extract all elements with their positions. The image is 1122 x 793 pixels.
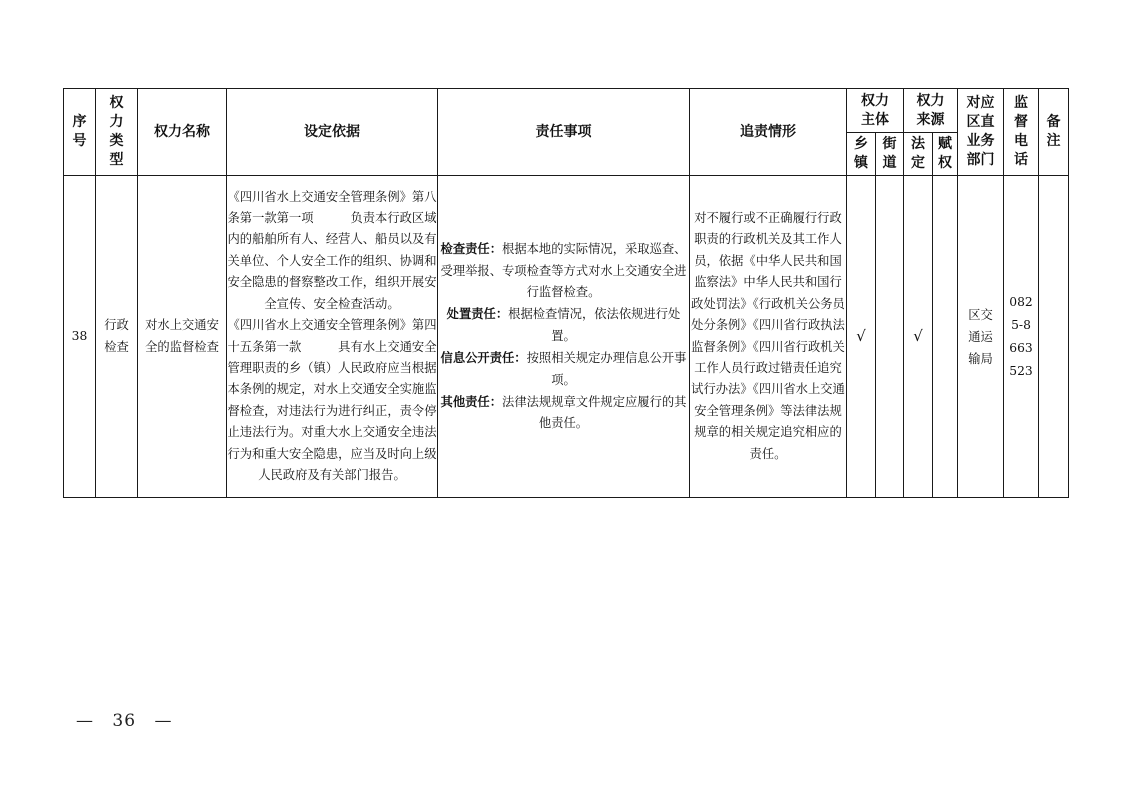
cell-duty-items: 检查责任：根据本地的实际情况，采取巡查、受理举报、专项检查等方式对水上交通安全进…	[438, 176, 690, 498]
cell-district-department: 区交 通运 输局	[958, 176, 1004, 498]
duty-item: 处置责任：根据检查情况，依法依规进行处置。	[438, 303, 689, 347]
cell-supervision-phone: 082 5-8 663 523	[1004, 176, 1039, 498]
header-sub-street: 街 道	[876, 133, 904, 176]
duty-item: 信息公开责任：按照相关规定办理信息公开事项。	[438, 347, 689, 391]
duty-label: 处置责任：	[447, 306, 509, 321]
duty-item: 其他责任：法律法规规章文件规定应履行的其他责任。	[438, 391, 689, 435]
header-serial: 序 号	[64, 89, 96, 176]
duty-label: 检查责任：	[441, 241, 503, 256]
table-row: 38 行政 检查 对水上交通安 全的监督检查 《四川省水上交通安全管理条例》第八…	[64, 176, 1069, 498]
duty-label: 其他责任：	[441, 394, 503, 409]
cell-street-check	[876, 176, 904, 498]
duty-text: 法律法规规章文件规定应履行的其他责任。	[502, 395, 686, 430]
header-sub-township: 乡 镇	[847, 133, 876, 176]
header-legal-basis: 设定依据	[227, 89, 438, 176]
page-number: — 36 —	[76, 711, 172, 731]
cell-township-check: √	[847, 176, 876, 498]
header-district-department: 对应 区直 业务 部门	[958, 89, 1004, 176]
legal-basis-paragraph: 《四川省水上交通安全管理条例》第八条第一款第一项 负责本行政区域内的船舶所有人、…	[227, 187, 437, 315]
cell-liability: 对不履行或不正确履行行政职责的行政机关及其工作人员，依据《中华人民共和国监察法》…	[690, 176, 847, 498]
cell-remarks	[1039, 176, 1069, 498]
header-sub-delegated: 赋 权	[933, 133, 958, 176]
cell-statutory-check: √	[904, 176, 933, 498]
header-supervision-phone: 监 督 电 话	[1004, 89, 1039, 176]
duty-text: 根据检查情况，依法依规进行处置。	[508, 307, 680, 342]
legal-basis-paragraph: 《四川省水上交通安全管理条例》第四十五条第一款 具有水上交通安全管理职责的乡（镇…	[227, 315, 437, 486]
cell-power-type: 行政 检查	[96, 176, 138, 498]
header-power-type: 权 力 类 型	[96, 89, 138, 176]
duty-label: 信息公开责任：	[441, 350, 527, 365]
header-power-subject: 权力 主体	[847, 89, 904, 133]
power-list-table: 序 号 权 力 类 型 权力名称 设定依据 责任事项 追责情形 权力 主体 权力…	[63, 88, 1069, 498]
duty-item: 检查责任：根据本地的实际情况，采取巡查、受理举报、专项检查等方式对水上交通安全进…	[438, 238, 689, 303]
header-duty-items: 责任事项	[438, 89, 690, 176]
header-row-1: 序 号 权 力 类 型 权力名称 设定依据 责任事项 追责情形 权力 主体 权力…	[64, 89, 1069, 133]
duty-text: 按照相关规定办理信息公开事项。	[527, 351, 687, 386]
cell-power-name: 对水上交通安 全的监督检查	[138, 176, 227, 498]
cell-delegated-check	[933, 176, 958, 498]
header-power-name: 权力名称	[138, 89, 227, 176]
header-power-source: 权力 来源	[904, 89, 958, 133]
header-sub-statutory: 法 定	[904, 133, 933, 176]
document-page: 序 号 权 力 类 型 权力名称 设定依据 责任事项 追责情形 权力 主体 权力…	[0, 0, 1122, 793]
header-remarks: 备 注	[1039, 89, 1069, 176]
cell-serial: 38	[64, 176, 96, 498]
header-liability: 追责情形	[690, 89, 847, 176]
cell-legal-basis: 《四川省水上交通安全管理条例》第八条第一款第一项 负责本行政区域内的船舶所有人、…	[227, 176, 438, 498]
